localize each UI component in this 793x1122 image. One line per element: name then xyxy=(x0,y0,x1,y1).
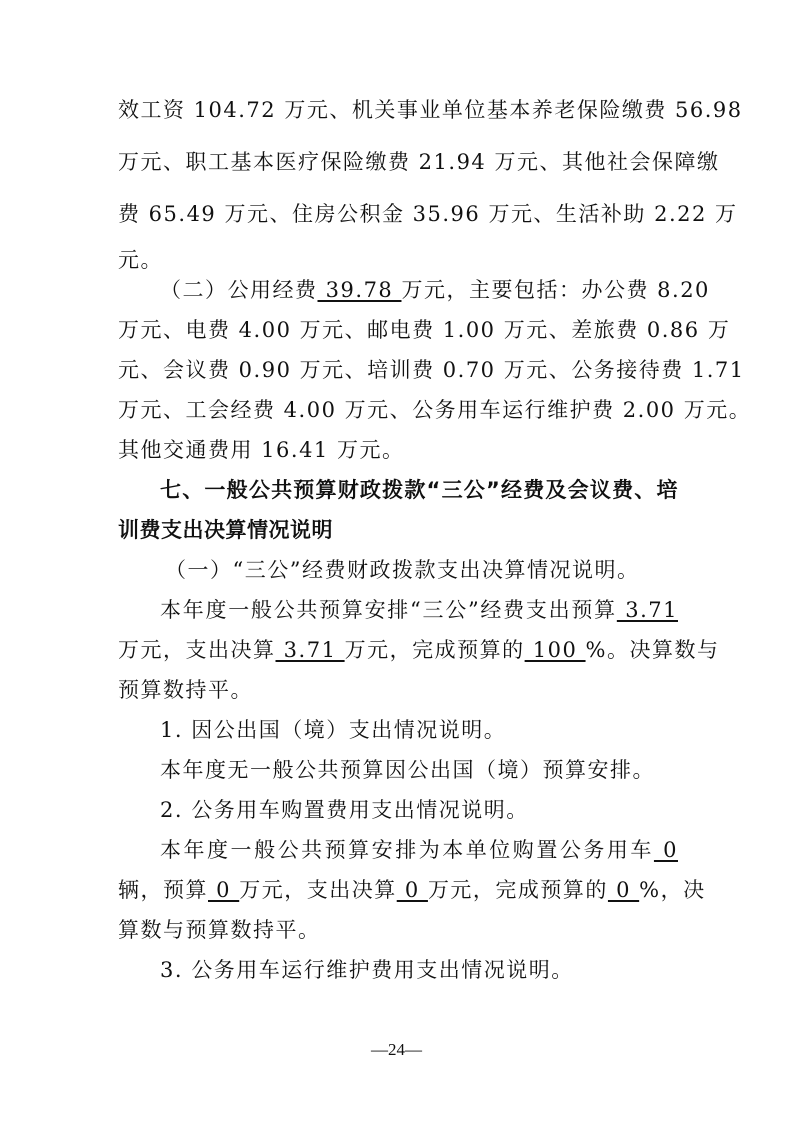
paragraph-line: 算数与预算数持平。 xyxy=(118,916,678,944)
paragraph-line: 本年度一般公共预算安排为本单位购置公务用车 0 xyxy=(160,836,678,864)
section-heading: 训费支出决算情况说明 xyxy=(118,516,678,544)
heading-text: 七、一般公共预算财政拨款“三公”经费及会议费、培 xyxy=(160,478,678,502)
subsection-heading: 3. 公务用车运行维护费用支出情况说明。 xyxy=(160,956,678,984)
subsection-heading: 2. 公务用车购置费用支出情况说明。 xyxy=(160,796,678,824)
text: 费 65.49 万元、住房公积金 35.96 万元、生活补助 2.22 万 xyxy=(118,202,738,226)
paragraph-line: 万元、工会经费 4.00 万元、公务用车运行维护费 2.00 万元。 xyxy=(118,396,678,424)
text: 万元，完成预算的 xyxy=(345,638,525,662)
text: 万元，支出决算 xyxy=(239,878,397,902)
text: 其他交通费用 16.41 万元。 xyxy=(118,438,404,462)
text: 效工资 104.72 万元、机关事业单位基本养老保险缴费 56.98 xyxy=(118,98,743,122)
paragraph-line: 效工资 104.72 万元、机关事业单位基本养老保险缴费 56.98 xyxy=(118,96,678,124)
text: %。决算数与 xyxy=(586,638,720,662)
text: 本年度一般公共预算安排“三公”经费支出预算 xyxy=(160,598,617,622)
text: 万元，支出决算 xyxy=(118,638,276,662)
percent-value: 0 xyxy=(608,878,639,902)
amount-value: 0 xyxy=(208,878,239,902)
heading-text: 3. 公务用车运行维护费用支出情况说明。 xyxy=(160,958,574,982)
subsection-heading: 1. 因公出国（境）支出情况说明。 xyxy=(160,716,678,744)
text: 万元，主要包括：办公费 8.20 xyxy=(401,278,709,302)
paragraph-line: 预算数持平。 xyxy=(118,676,678,704)
text: 万元、职工基本医疗保险缴费 21.94 万元、其他社会保障缴 xyxy=(118,150,719,174)
paragraph-line: 其他交通费用 16.41 万元。 xyxy=(118,436,678,464)
subsection-heading: （一）“三公”经费财政拨款支出决算情况说明。 xyxy=(165,556,683,584)
paragraph-line: 本年度无一般公共预算因公出国（境）预算安排。 xyxy=(160,756,678,784)
text: 万元，完成预算的 xyxy=(428,878,608,902)
heading-text: 训费支出决算情况说明 xyxy=(118,518,333,542)
paragraph-line: 万元、职工基本医疗保险缴费 21.94 万元、其他社会保障缴 xyxy=(118,148,678,176)
amount-value: 3.71 xyxy=(276,638,345,662)
heading-text: 1. 因公出国（境）支出情况说明。 xyxy=(160,718,506,742)
paragraph-line: 元。 xyxy=(118,246,678,274)
page-number: —24— xyxy=(0,1040,793,1060)
paragraph-line: 万元、电费 4.00 万元、邮电费 1.00 万元、差旅费 0.86 万 xyxy=(118,316,678,344)
text: 辆，预算 xyxy=(118,878,208,902)
amount-value: 3.71 xyxy=(617,598,678,622)
percent-value: 100 xyxy=(525,638,586,662)
paragraph-line: 辆，预算 0 万元，支出决算 0 万元，完成预算的 0 %，决 xyxy=(118,876,678,904)
paragraph-line: 本年度一般公共预算安排“三公”经费支出预算 3.71 xyxy=(160,596,678,624)
text: （二）公用经费 xyxy=(160,278,318,302)
paragraph-line: 万元，支出决算 3.71 万元，完成预算的 100 %。决算数与 xyxy=(118,636,678,664)
section-heading: 七、一般公共预算财政拨款“三公”经费及会议费、培 xyxy=(160,476,678,504)
text: 预算数持平。 xyxy=(118,678,253,702)
amount-value: 0 xyxy=(397,878,428,902)
text: 万元、工会经费 4.00 万元、公务用车运行维护费 2.00 万元。 xyxy=(118,398,751,422)
paragraph-line: 元、会议费 0.90 万元、培训费 0.70 万元、公务接待费 1.71 xyxy=(118,356,678,384)
text: 元、会议费 0.90 万元、培训费 0.70 万元、公务接待费 1.71 xyxy=(118,358,745,382)
count-value: 0 xyxy=(654,838,678,862)
text: %，决 xyxy=(639,878,705,902)
heading-text: （一）“三公”经费财政拨款支出决算情况说明。 xyxy=(165,558,639,582)
text: 算数与预算数持平。 xyxy=(118,918,321,942)
paragraph-line: 费 65.49 万元、住房公积金 35.96 万元、生活补助 2.22 万 xyxy=(118,200,678,228)
heading-text: 2. 公务用车购置费用支出情况说明。 xyxy=(160,798,529,822)
amount-value: 39.78 xyxy=(318,278,402,302)
text: 本年度一般公共预算安排为本单位购置公务用车 xyxy=(160,838,654,862)
section-public-expenses: （二）公用经费 39.78 万元，主要包括：办公费 8.20 xyxy=(160,276,678,304)
text: 元。 xyxy=(118,248,163,272)
text: 本年度无一般公共预算因公出国（境）预算安排。 xyxy=(160,758,655,782)
text: 万元、电费 4.00 万元、邮电费 1.00 万元、差旅费 0.86 万 xyxy=(118,318,730,342)
